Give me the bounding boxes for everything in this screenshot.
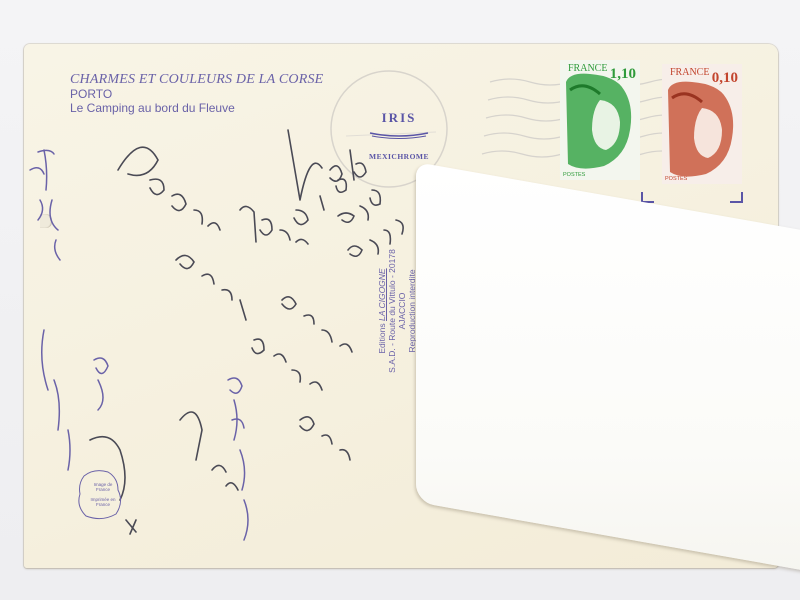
map-label: Image de France Imprimée en France (88, 482, 118, 507)
france-map-icon (0, 0, 800, 600)
map-line-2: Imprimée en France (88, 497, 118, 507)
map-line-1: Image de France (88, 482, 118, 492)
